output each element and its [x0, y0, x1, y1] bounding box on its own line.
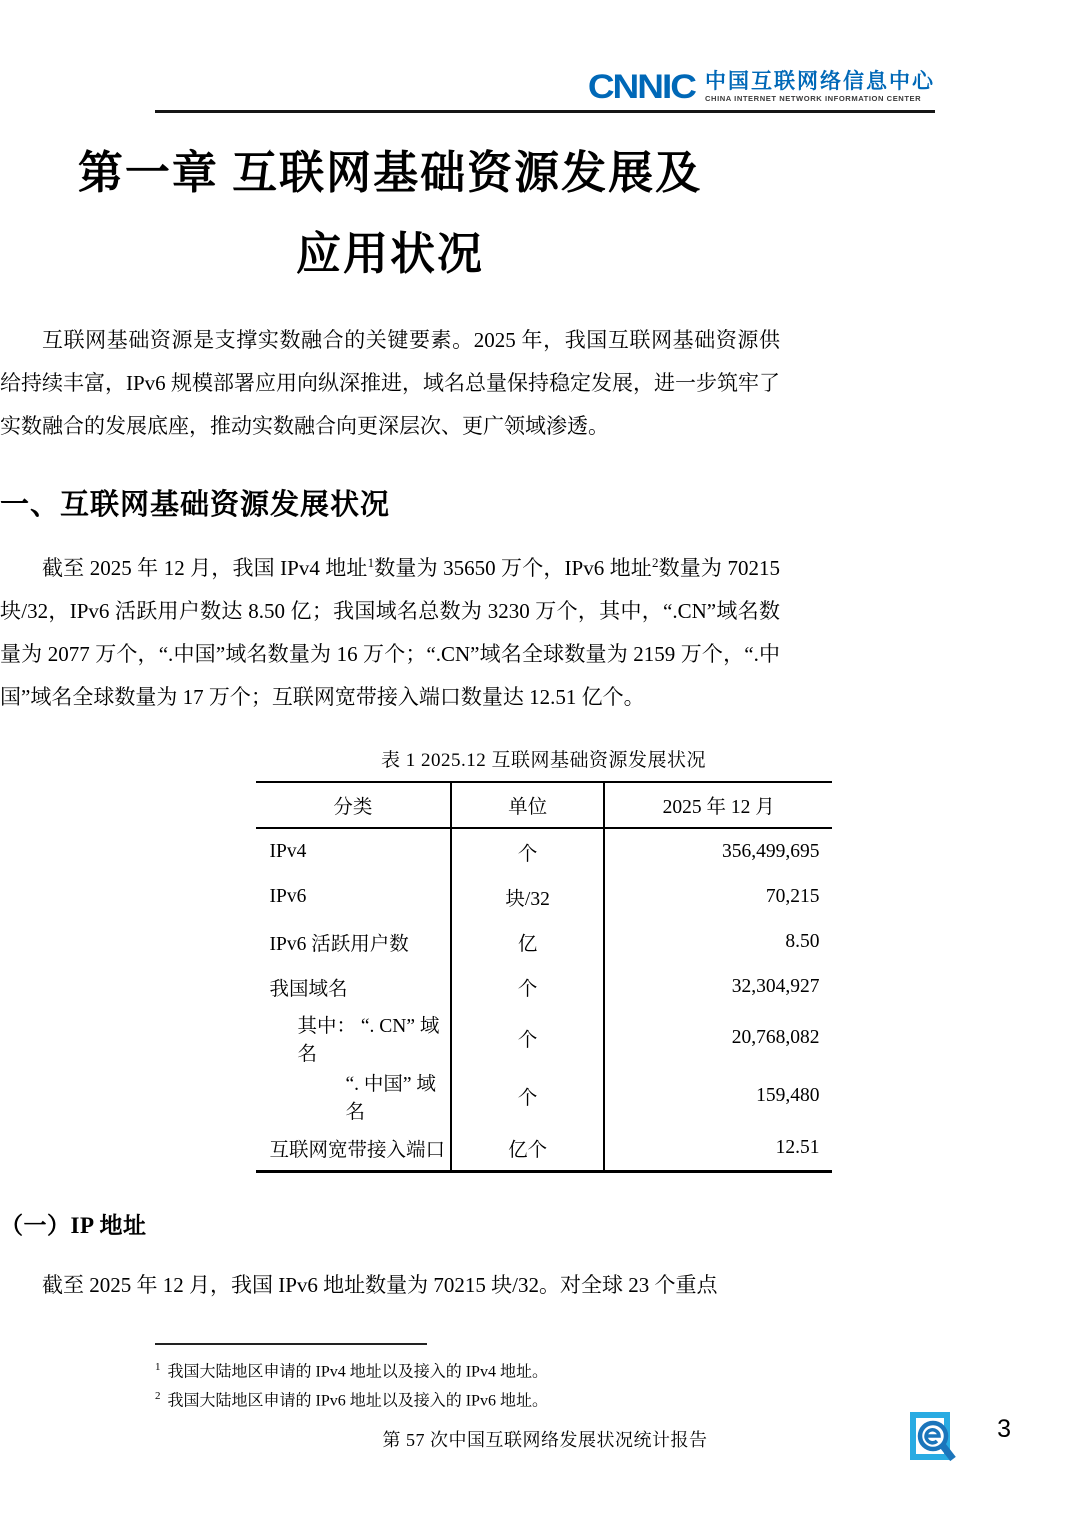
table-caption: 表 1 2025.12 互联网基础资源发展状况 [256, 745, 832, 772]
row-unit: 个 [451, 1009, 604, 1067]
cnnic-logo-english: CHINA INTERNET NETWORK INFORMATION CENTE… [705, 94, 935, 103]
row-value: 159,480 [604, 1067, 832, 1125]
row-unit: 亿 [451, 919, 604, 964]
row-category: 互联网宽带接入端口 [256, 1125, 452, 1172]
row-unit: 个 [451, 964, 604, 1009]
report-page: CNNIC 中国互联网络信息中心 CHINA INTERNET NETWORK … [0, 0, 1087, 1536]
row-value: 70,215 [604, 874, 832, 919]
row-category: IPv4 [256, 828, 452, 874]
cnnic-logo-chinese: 中国互联网络信息中心 [705, 70, 935, 93]
table-row: IPv4个356,499,695 [256, 828, 832, 874]
chapter-title-line2: 应用状况 [0, 214, 780, 295]
row-value: 8.50 [604, 919, 832, 964]
stats-text-1: 截至 2025 年 12 月，我国 IPv4 地址 [42, 556, 368, 580]
footnote-2-marker: 2 [155, 1390, 161, 1402]
stats-text-2: 数量为 35650 万个，IPv6 地址 [374, 556, 652, 580]
footnote-1-text: 我国大陆地区申请的 IPv4 地址以及接入的 IPv4 地址。 [168, 1363, 548, 1380]
table-row: IPv6 活跃用户数亿8.50 [256, 919, 832, 964]
header-unit: 单位 [451, 782, 604, 828]
footnote-1-marker: 1 [155, 1361, 161, 1373]
header-divider [155, 110, 935, 113]
ip-address-paragraph: 截至 2025 年 12 月，我国 IPv6 地址数量为 70215 块/32。… [0, 1264, 780, 1307]
footnote-divider [155, 1343, 427, 1345]
row-category: 其中： “. CN” 域名 [256, 1009, 452, 1067]
magnifier-e-icon [910, 1412, 957, 1466]
footnote-2-text: 我国大陆地区申请的 IPv6 地址以及接入的 IPv6 地址。 [168, 1393, 548, 1410]
footnote-area: 1我国大陆地区申请的 IPv4 地址以及接入的 IPv4 地址。 2我国大陆地区… [155, 1343, 935, 1414]
row-unit: 块/32 [451, 874, 604, 919]
table-row: IPv6块/3270,215 [256, 874, 832, 919]
table-row: “. 中国” 域名个159,480 [256, 1067, 832, 1125]
footnote-1: 1我国大陆地区申请的 IPv4 地址以及接入的 IPv4 地址。 [155, 1355, 935, 1384]
resource-table-head: 分类 单位 2025 年 12 月 [256, 782, 832, 828]
section-heading: 一、互联网基础资源发展状况 [0, 482, 780, 523]
row-value: 20,768,082 [604, 1009, 832, 1067]
resource-table: 分类 单位 2025 年 12 月 IPv4个356,499,695IPv6块/… [256, 781, 832, 1173]
row-category: 我国域名 [256, 964, 452, 1009]
header-category: 分类 [256, 782, 452, 828]
row-category: IPv6 活跃用户数 [256, 919, 452, 964]
row-unit: 个 [451, 828, 604, 874]
resource-table-block: 表 1 2025.12 互联网基础资源发展状况 分类 单位 2025 年 12 … [256, 745, 832, 1173]
table-row: 互联网宽带接入端口亿个12.51 [256, 1125, 832, 1172]
row-unit: 个 [451, 1067, 604, 1125]
report-logo-icon [910, 1412, 957, 1466]
stats-paragraph: 截至 2025 年 12 月，我国 IPv4 地址1数量为 35650 万个，I… [0, 547, 780, 719]
page-header: CNNIC 中国互联网络信息中心 CHINA INTERNET NETWORK … [155, 0, 935, 113]
footnote-2: 2我国大陆地区申请的 IPv6 地址以及接入的 IPv6 地址。 [155, 1384, 935, 1413]
table-header-row: 分类 单位 2025 年 12 月 [256, 782, 832, 828]
row-value: 32,304,927 [604, 964, 832, 1009]
row-unit: 亿个 [451, 1125, 604, 1172]
chapter-title-line1: 第一章 互联网基础资源发展及 [0, 133, 780, 214]
table-row: 我国域名个32,304,927 [256, 964, 832, 1009]
subsection-heading: （一）IP 地址 [0, 1207, 780, 1240]
chapter-title: 第一章 互联网基础资源发展及 应用状况 [0, 133, 780, 295]
row-value: 356,499,695 [604, 828, 832, 874]
header-date: 2025 年 12 月 [604, 782, 832, 828]
footer-report-title: 第 57 次中国互联网络发展状况统计报告 [155, 1426, 935, 1452]
resource-table-body: IPv4个356,499,695IPv6块/3270,215IPv6 活跃用户数… [256, 828, 832, 1172]
table-row: 其中： “. CN” 域名个20,768,082 [256, 1009, 832, 1067]
cnnic-wordmark: CNNIC [588, 69, 695, 103]
intro-paragraph: 互联网基础资源是支撑实数融合的关键要素。2025 年，我国互联网基础资源供给持续… [0, 319, 780, 448]
cnnic-logo-text: 中国互联网络信息中心 CHINA INTERNET NETWORK INFORM… [705, 70, 935, 103]
row-category: “. 中国” 域名 [256, 1067, 452, 1125]
row-value: 12.51 [604, 1125, 832, 1172]
page-number: 3 [997, 1415, 1011, 1444]
row-category: IPv6 [256, 874, 452, 919]
cnnic-logo: CNNIC 中国互联网络信息中心 CHINA INTERNET NETWORK … [588, 68, 935, 105]
